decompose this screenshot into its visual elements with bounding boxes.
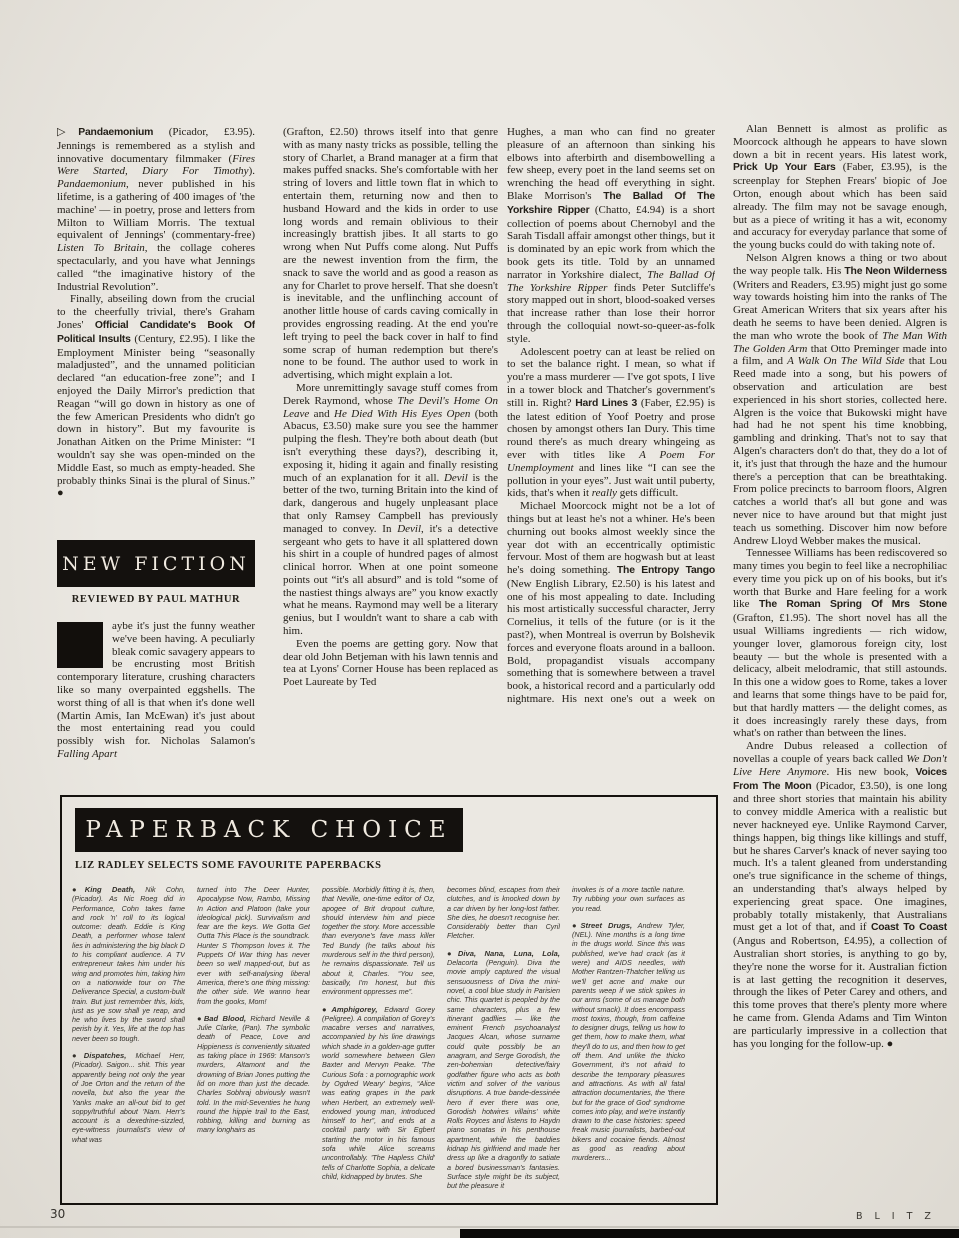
text-run: Michael Herr, (Picador). Saigon... shit.… [72, 1051, 185, 1144]
paragraph: Alan Bennett is almost as prolific as Mo… [733, 123, 947, 252]
paragraph: Andre Dubus released a collection of nov… [733, 740, 947, 1050]
new-fiction-intro: aybe it's just the funny weather we've b… [57, 620, 255, 792]
article-column-4: Alan Bennett is almost as prolific as Mo… [733, 123, 947, 1195]
text-run: turned into The Deer Hunter, Apocalypse … [197, 885, 310, 1006]
paperback-byline: LIZ RADLEY SELECTS SOME FAVOURITE PAPERB… [75, 860, 575, 871]
italic-run: Devil [444, 472, 468, 484]
text-run: (Grafton, £2.50) throws itself into that… [283, 126, 498, 381]
paragraph: Hughes, a man who can find no greater pl… [507, 126, 715, 346]
text-run: Andrew Tyler, (NEL). Nine months is a lo… [572, 921, 685, 1162]
paragraph: Michael Moorcock might not be a lot of t… [507, 500, 715, 708]
paperback-column-3: possible. Morbidly fitting it is, then, … [322, 885, 435, 1191]
text-run: ▷ [57, 126, 78, 138]
paragraph: ●King Death, Nik Cohn, (Picador). As Nic… [72, 885, 185, 1043]
text-run: that Lou Reed made into a song, but his … [733, 355, 947, 546]
paragraph: ●Dispatches, Michael Herr, (Picador). Sa… [72, 1051, 185, 1144]
text-run: Nik Cohn, (Picador). As Nic Roeg did in … [72, 885, 185, 1043]
paragraph: Tennessee Williams has been rediscovered… [733, 547, 947, 740]
paragraph: ●Bad Blood, Richard Neville & Julie Clar… [197, 1014, 310, 1135]
text-run: Delacorta (Penguin). Diva the movie ampl… [447, 958, 560, 1190]
bold-title-run: ●King Death, [72, 885, 135, 894]
new-fiction-byline: REVIEWED BY PAUL MATHUR [45, 594, 267, 610]
dropcap-square [57, 622, 103, 668]
italic-run: Falling Apart [57, 748, 117, 760]
bold-title-run: Pandaemonium [78, 127, 153, 138]
paperback-column-1: ●King Death, Nik Cohn, (Picador). As Nic… [72, 885, 185, 1191]
text-run: Richard Neville & Julie Clarke, (Pan). T… [197, 1014, 310, 1135]
bold-title-run: ●Bad Blood, [197, 1014, 246, 1023]
bold-title-run: Prick Up Your Ears [733, 162, 836, 173]
italic-run: Pandaemonium [57, 178, 126, 190]
italic-run: He Died With His Eyes Open [334, 408, 470, 420]
text-run: Even the poems are getting gory. Now tha… [283, 638, 498, 688]
text-run: (Grafton, £1.95). The short novel has al… [733, 612, 947, 739]
page-bottom-edge [0, 1226, 959, 1228]
text-run: (Angus and Robertson, £4.95), a collecti… [733, 935, 947, 1049]
text-run: (Picador, £3.50), is one long and three … [733, 780, 947, 934]
paragraph: Nelson Algren knows a thing or two about… [733, 252, 947, 547]
text-run: ). [249, 165, 255, 177]
paperback-column-2: turned into The Deer Hunter, Apocalypse … [197, 885, 310, 1191]
text-run: gets difficult. [617, 487, 678, 499]
text-run: becomes blind, escapes from their clutch… [447, 885, 560, 940]
new-fiction-banner-label: NEW FICTION [62, 553, 250, 575]
text-run: invokes is of a more tactile nature. Try… [572, 885, 685, 913]
bold-title-run: Coast To Coast [871, 922, 947, 933]
page-number: 30 [50, 1207, 65, 1221]
bold-title-run: Hard Lines 3 [575, 398, 637, 409]
paragraph: invokes is of a more tactile nature. Try… [572, 885, 685, 913]
paperback-column-4: becomes blind, escapes from their clutch… [447, 885, 560, 1191]
scan-edge-bar [460, 1229, 959, 1238]
paragraph: ●Amphigorey, Edward Gorey (Peligree). A … [322, 1005, 435, 1182]
text-run: , it's a detective sergeant who gets to … [283, 523, 498, 637]
article-column-1: ▷Pandaemonium (Picador, £3.95). Jennings… [57, 126, 255, 528]
bold-title-run: ●Dispatches, [72, 1051, 126, 1060]
paragraph: ●Diva, Nana, Luna, Lola, Delacorta (Peng… [447, 949, 560, 1191]
bold-title-run: ●Diva, Nana, Luna, Lola, [447, 949, 560, 958]
magazine-page: ▷Pandaemonium (Picador, £3.95). Jennings… [0, 0, 959, 1238]
article-column-2: (Grafton, £2.50) throws itself into that… [283, 126, 498, 794]
paragraph: ●Street Drugs, Andrew Tyler, (NEL). Nine… [572, 921, 685, 1163]
italic-run: really [592, 487, 617, 499]
paperback-column-5: invokes is of a more tactile nature. Try… [572, 885, 685, 1191]
paperback-choice-box: PAPERBACK CHOICE LIZ RADLEY SELECTS SOME… [60, 795, 718, 1205]
text-run: Alan Bennett is almost as prolific as Mo… [733, 123, 947, 161]
paragraph: possible. Morbidly fitting it is, then, … [322, 885, 435, 997]
italic-run: Devil [397, 523, 421, 535]
italic-run: Listen To Britain [57, 242, 145, 254]
bold-title-run: ●Amphigorey, [322, 1005, 378, 1014]
paragraph: More unremittingly savage stuff comes fr… [283, 382, 498, 638]
article-column-3: Hughes, a man who can find no greater pl… [507, 126, 715, 708]
bold-title-run: ●Street Drugs, [572, 921, 632, 930]
paragraph: turned into The Deer Hunter, Apocalypse … [197, 885, 310, 1006]
paragraph: becomes blind, escapes from their clutch… [447, 885, 560, 941]
new-fiction-banner: NEW FICTION [57, 540, 255, 587]
text-run: Edward Gorey (Peligree). A compilation o… [322, 1005, 435, 1181]
bold-title-run: The Neon Wilderness [844, 266, 947, 277]
text-run: possible. Morbidly fitting it is, then, … [322, 885, 435, 996]
text-run: (Faber, £3.95), is the screenplay for St… [733, 161, 947, 251]
bold-title-run: The Entropy Tango [617, 565, 715, 576]
italic-run: A Walk On The Wild Side [787, 355, 905, 367]
paperback-choice-banner-label: PAPERBACK CHOICE [85, 817, 452, 843]
text-run: (Century, £2.95). I like the Employment … [57, 333, 255, 500]
magazine-logo: BLITZ [856, 1211, 943, 1222]
text-run: . His new book, [827, 766, 916, 778]
paragraph: Adolescent poetry can at least be relied… [507, 346, 715, 501]
paragraph: (Grafton, £2.50) throws itself into that… [283, 126, 498, 382]
paperback-choice-banner: PAPERBACK CHOICE [75, 808, 463, 852]
text-run: (New English Library, £2.50) is his late… [507, 578, 715, 708]
text-run: and [309, 408, 334, 420]
paragraph: Finally, abseiling down from the crucial… [57, 293, 255, 500]
paragraph: ▷Pandaemonium (Picador, £3.95). Jennings… [57, 126, 255, 293]
bold-title-run: The Roman Spring Of Mrs Stone [759, 599, 947, 610]
paragraph: Even the poems are getting gory. Now tha… [283, 638, 498, 689]
